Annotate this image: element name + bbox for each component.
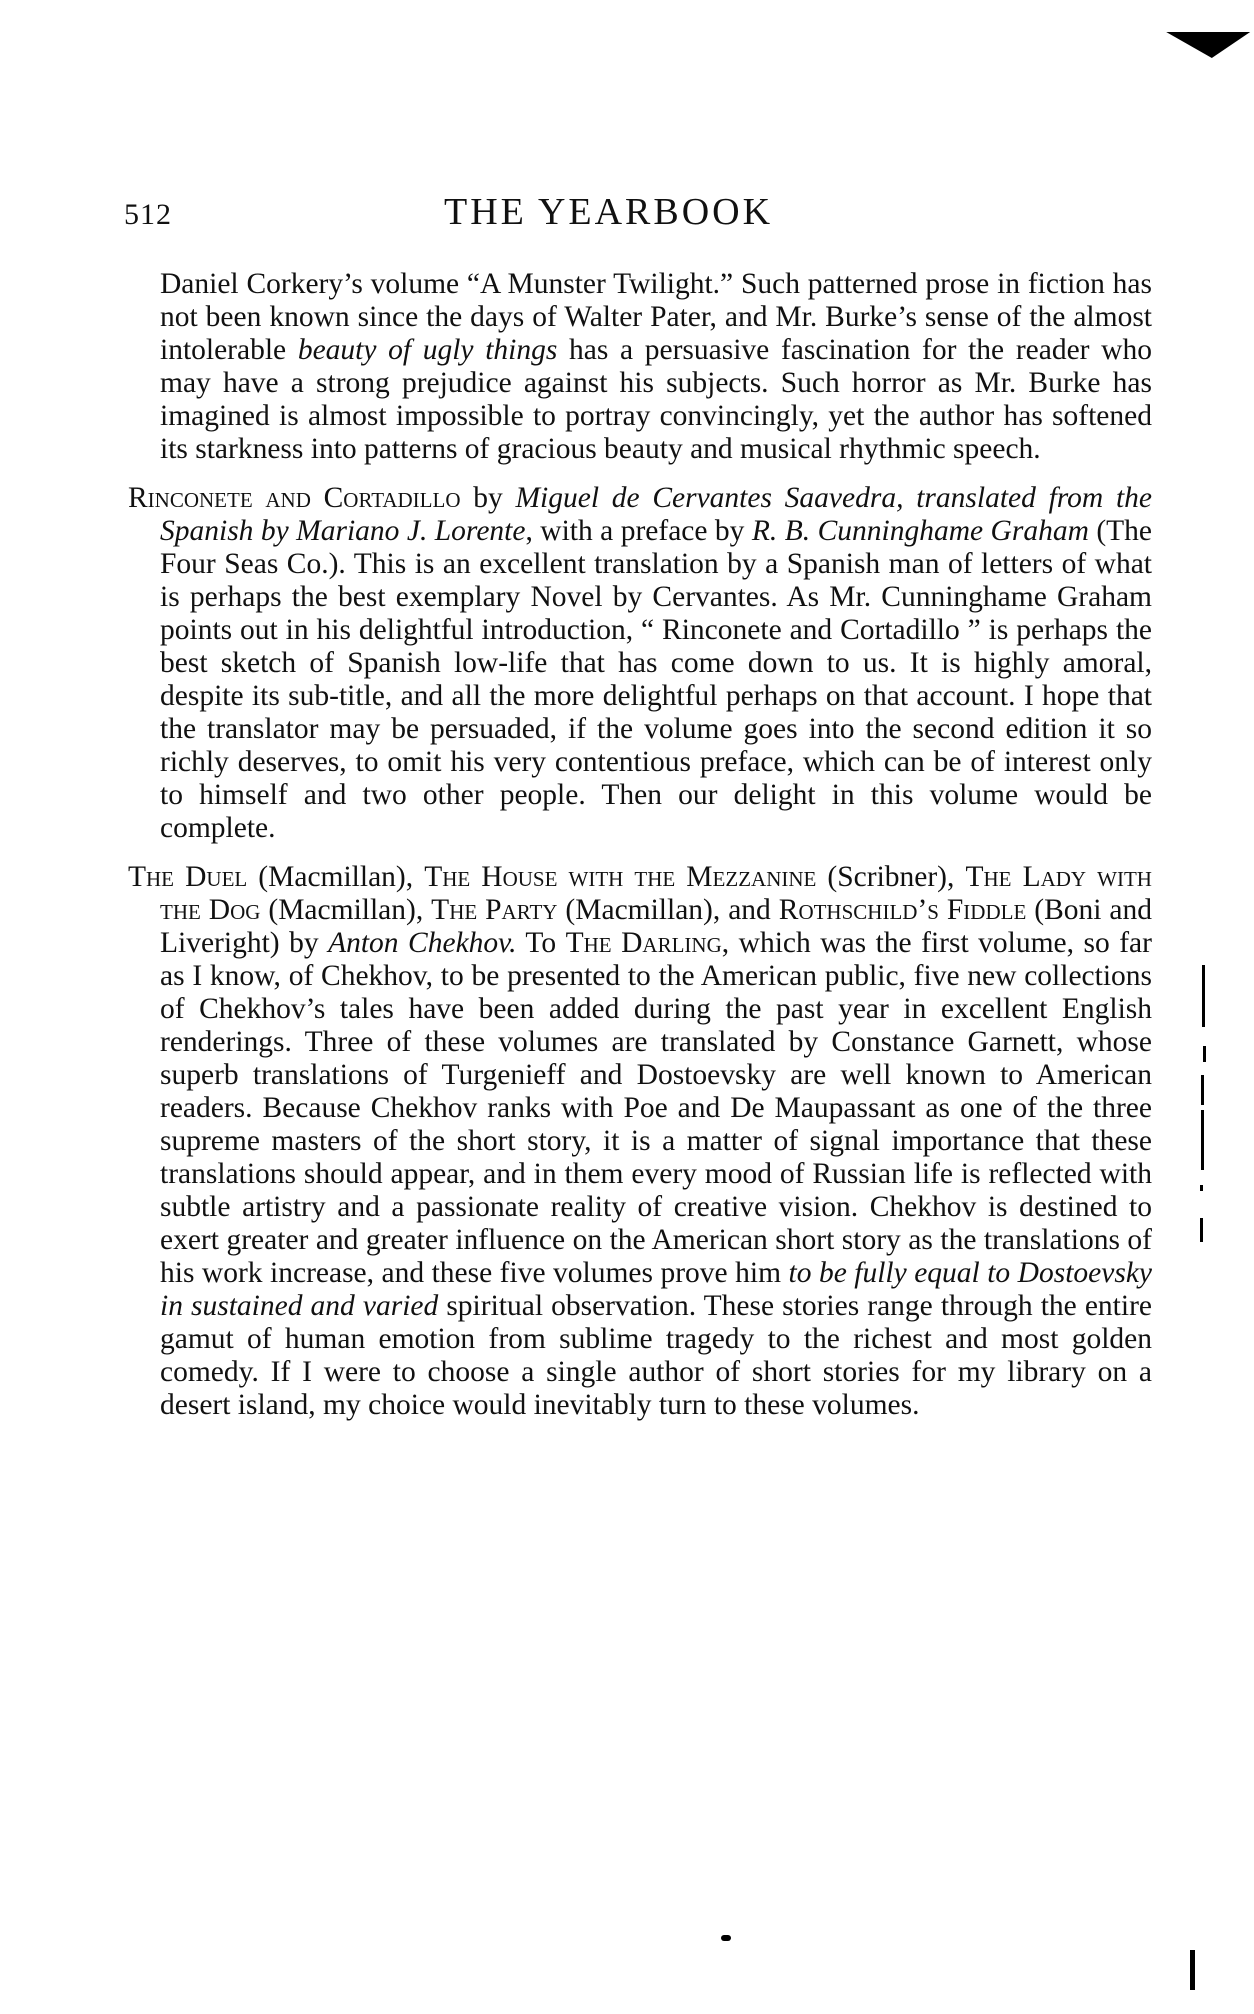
review-entry-chekhov: The Duel (Macmillan), The House with the… [128, 861, 1152, 1422]
scan-dot [721, 1935, 731, 1941]
margin-scan-mark [1203, 1046, 1206, 1062]
page-header: 512 THE YEARBOOK [124, 190, 1154, 236]
author-name: Anton Chekhov. [328, 927, 516, 959]
margin-scan-mark [1201, 1110, 1204, 1170]
connector-text: , with a preface by [525, 515, 751, 547]
margin-scan-mark [1201, 1075, 1204, 1105]
connector-text: by [461, 482, 516, 514]
book-title: Rinconete and Cortadillo [128, 482, 461, 514]
preface-author-name: R. B. Cunninghame Graham [752, 515, 1089, 547]
margin-scan-mark [1200, 1185, 1203, 1191]
book-title: Rothschild’s Fiddle [779, 894, 1027, 926]
publisher: (Macmillan), [247, 861, 424, 893]
paragraph-continuation: Daniel Corkery’s volume “A Munster Twili… [128, 268, 1152, 466]
running-title: THE YEARBOOK [444, 190, 773, 234]
publisher: (Macmillan), [260, 894, 431, 926]
publisher: (Scribner), [816, 861, 965, 893]
book-title: The House with the Mezzanine [424, 861, 816, 893]
book-title: The Party [431, 894, 557, 926]
margin-scan-mark [1202, 965, 1205, 1027]
page-number: 512 [124, 198, 172, 232]
translator-name: Mariano J. Lorente [296, 515, 525, 547]
body-text: Daniel Corkery’s volume “A Munster Twili… [128, 268, 1152, 1438]
review-text: , which was the first volume, so far as … [160, 927, 1152, 1289]
review-text: This is an excellent translation by a Sp… [160, 548, 1152, 844]
scan-corner-mark-icon [1166, 32, 1254, 58]
italic-phrase: beauty of ugly things [298, 334, 558, 366]
review-entry-rinconete: Rinconete and Cortadillo by Miguel de Ce… [128, 482, 1152, 845]
margin-scan-mark [1190, 1950, 1195, 1990]
author-name: Miguel de Cervantes Saavedra [515, 482, 896, 514]
margin-scan-mark [1200, 1218, 1203, 1242]
book-title: The Darling [566, 927, 722, 959]
publisher: (Macmillan), and [557, 894, 778, 926]
connector-text: To [516, 927, 565, 959]
book-title: The Duel [128, 861, 247, 893]
